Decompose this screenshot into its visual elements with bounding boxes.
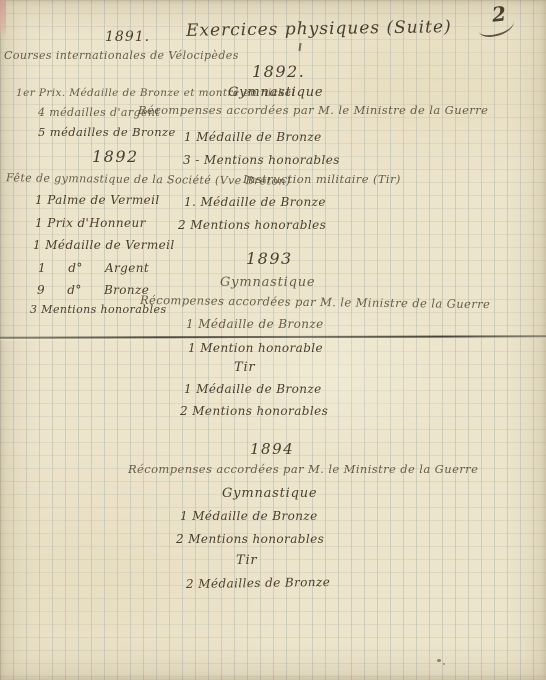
award-line: 2 Mentions honorables [180, 405, 328, 418]
award-line: 1 Prix d'Honneur [35, 217, 146, 230]
page-edge-artifact [0, 0, 6, 38]
document-page: 2 Exercices physiques (Suite) 1891. Cour… [0, 0, 546, 680]
year-1894-heading: 1894 [250, 441, 294, 458]
page-number-underline [478, 21, 516, 39]
ink-speck [437, 659, 441, 662]
prize-line: 5 médailles de Bronze [38, 126, 176, 139]
instruction-militaire: Instruction militaire (Tir) [243, 173, 401, 186]
award-line: 1 Médaille de Bronze [180, 510, 318, 523]
tir-1893: Tir [234, 361, 255, 375]
year-1891: 1891. [105, 30, 150, 45]
award-line: 1 d° Argent [38, 262, 149, 275]
page-title: Exercices physiques (Suite) [186, 18, 452, 40]
recompenses-1892: Récompenses accordées par M. le Ministre… [138, 104, 488, 117]
year-1892-left: 1892 [92, 148, 139, 166]
award-line: 1. Médaille de Bronze [184, 196, 326, 209]
award-line: 9 d° Bronze [37, 284, 149, 297]
discipline-gymnastique-1893: Gymnastique [220, 276, 315, 290]
year-1892-heading: 1892. [252, 63, 305, 81]
award-line: 3 - Mentions honorables [183, 154, 340, 167]
tir-1894: Tir [236, 554, 257, 568]
award-line: 2 Médailles de Bronze [186, 576, 330, 591]
award-line: 1 Médaille de Bronze [184, 131, 322, 144]
recompenses-1893: Récompenses accordées par M. le Ministre… [140, 294, 490, 311]
award-line: 2 Mentions honorables [176, 533, 324, 546]
award-line: 1 Médaille de Bronze [184, 383, 322, 396]
award-line: 1 Médaille de Bronze [186, 318, 324, 331]
award-line: 1 Médaille de Vermeil [33, 239, 175, 252]
award-line: 1 Palme de Vermeil [35, 194, 160, 207]
discipline-gymnastique-1892: Gymnastique [228, 86, 323, 100]
title-dash-mark [298, 43, 301, 51]
recompenses-1894: Récompenses accordées par M. le Ministre… [128, 463, 478, 476]
fold-crease-line [0, 335, 546, 338]
discipline-gymnastique-1894: Gymnastique [222, 487, 317, 501]
ink-speck [443, 663, 445, 665]
event-1891: Courses internationales de Vélocipèdes [4, 50, 239, 62]
award-line: 1 Mention honorable [188, 342, 323, 355]
year-1893-heading: 1893 [246, 250, 293, 268]
award-line: 2 Mentions honorables [178, 219, 326, 232]
